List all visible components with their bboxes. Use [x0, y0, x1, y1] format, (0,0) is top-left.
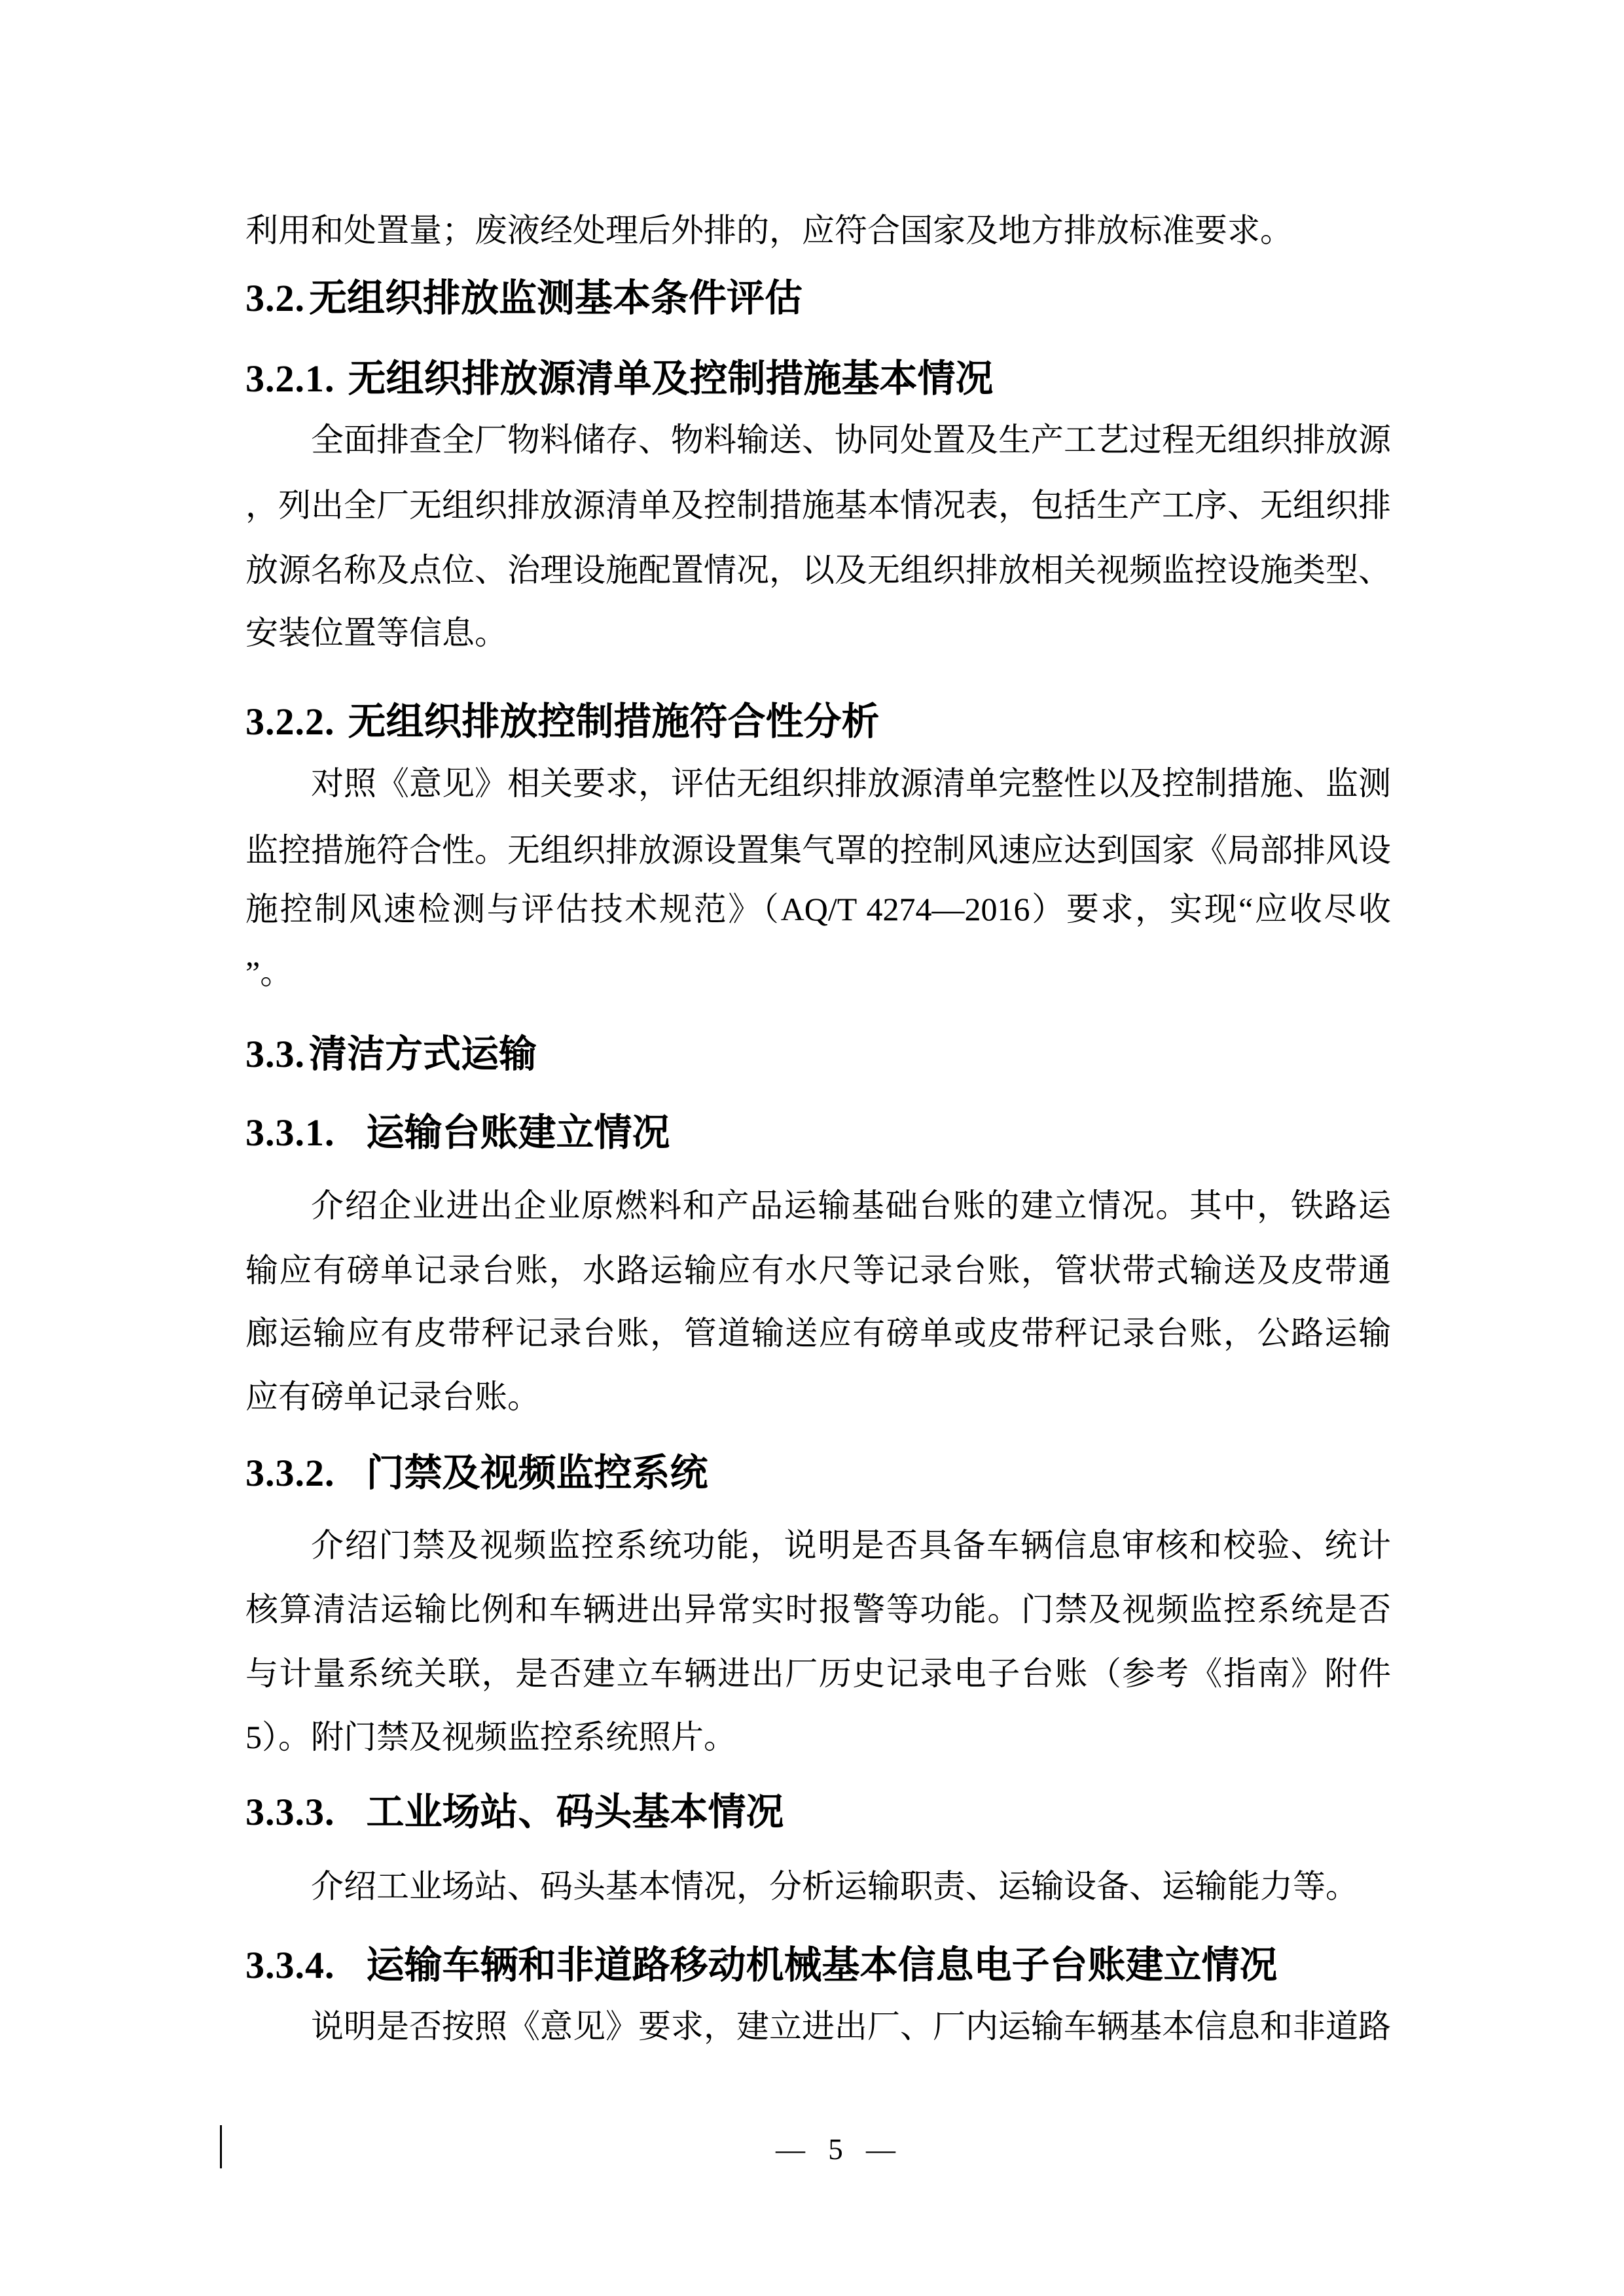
- paragraph-line: 对照《意见》相关要求，评估无组织排放源清单完整性以及控制措施、监测: [245, 762, 1391, 804]
- heading-number: 3.3.2.: [245, 1452, 335, 1494]
- paragraph-line: 输应有磅单记录台账，水路运输应有水尺等记录台账，管状带式输送及皮带通: [245, 1249, 1391, 1291]
- heading-title: 门禁及视频监控系统: [367, 1452, 708, 1494]
- heading-title: 运输车辆和非道路移动机械基本信息电子台账建立情况: [367, 1944, 1278, 1986]
- body-line: 利用和处置量；废液经处理后外排的，应符合国家及地方排放标准要求。: [245, 209, 1391, 251]
- paragraph-line: 施控制风速检测与评估技术规范》（AQ/T 4274—2016）要求，实现“应收尽…: [245, 888, 1391, 930]
- heading-3-2: 3.2.无组织排放监测基本条件评估: [245, 275, 1391, 322]
- paragraph-line: 廊运输应有皮带秤记录台账，管道输送应有磅单或皮带秤记录台账，公路运输: [245, 1312, 1391, 1354]
- heading-number: 3.3.4.: [245, 1944, 335, 1986]
- heading-title: 工业场站、码头基本情况: [367, 1791, 784, 1833]
- paragraph-line: 5）。附门禁及视频监控系统照片。: [245, 1716, 1391, 1758]
- paragraph-line: 说明是否按照《意见》要求，建立进出厂、厂内运输车辆基本信息和非道路: [245, 2005, 1391, 2047]
- paragraph-line: 应有磅单记录台账。: [245, 1376, 1391, 1418]
- paragraph-line: 放源名称及点位、治理设施配置情况，以及无组织排放相关视频监控设施类型、: [245, 549, 1391, 591]
- heading-title: 无组织排放源清单及控制措施基本情况: [348, 357, 994, 400]
- heading-3-3-4: 3.3.4.运输车辆和非道路移动机械基本信息电子台账建立情况: [245, 1942, 1391, 1989]
- heading-title: 无组织排放控制措施符合性分析: [348, 700, 880, 743]
- heading-number: 3.2.1.: [245, 357, 335, 400]
- paragraph-line: ，列出全厂无组织排放源清单及控制措施基本情况表，包括生产工序、无组织排: [245, 484, 1391, 526]
- footer-page-number: — 5 —: [776, 2132, 903, 2166]
- paragraph-line: 介绍工业场站、码头基本情况，分析运输职责、运输设备、运输能力等。: [245, 1865, 1391, 1907]
- paragraph-line: 监控措施符合性。无组织排放源设置集气罩的控制风速应达到国家《局部排风设: [245, 829, 1391, 871]
- paragraph-line: 安装位置等信息。: [245, 612, 1391, 654]
- paragraph-line: 核算清洁运输比例和车辆进出异常实时报警等功能。门禁及视频监控系统是否: [245, 1588, 1391, 1630]
- paragraph-line: 介绍企业进出企业原燃料和产品运输基础台账的建立情况。其中，铁路运: [245, 1185, 1391, 1227]
- heading-number: 3.2.: [245, 277, 305, 319]
- paragraph-line: 介绍门禁及视频监控系统功能，说明是否具备车辆信息审核和校验、统计: [245, 1524, 1391, 1566]
- margin-revision-bar: [220, 2125, 222, 2168]
- heading-3-2-1: 3.2.1.无组织排放源清单及控制措施基本情况: [245, 355, 1391, 403]
- heading-3-3: 3.3.清洁方式运输: [245, 1031, 1391, 1078]
- heading-3-3-1: 3.3.1.运输台账建立情况: [245, 1109, 1391, 1157]
- paragraph-line: 全面排查全厂物料储存、物料输送、协同处置及生产工艺过程无组织排放源: [245, 419, 1391, 461]
- heading-3-3-2: 3.3.2.门禁及视频监控系统: [245, 1450, 1391, 1497]
- document-page: 利用和处置量；废液经处理后外排的，应符合国家及地方排放标准要求。 3.2.无组织…: [0, 0, 1624, 2296]
- heading-number: 3.3.3.: [245, 1791, 335, 1833]
- heading-3-3-3: 3.3.3.工业场站、码头基本情况: [245, 1789, 1391, 1836]
- heading-title: 无组织排放监测基本条件评估: [309, 277, 803, 319]
- heading-title: 清洁方式运输: [309, 1033, 537, 1075]
- heading-3-2-2: 3.2.2.无组织排放控制措施符合性分析: [245, 698, 1391, 745]
- closing-quote-line: ”。: [245, 952, 1391, 994]
- heading-title: 运输台账建立情况: [367, 1111, 670, 1154]
- heading-number: 3.3.: [245, 1033, 305, 1075]
- heading-number: 3.2.2.: [245, 700, 335, 743]
- heading-number: 3.3.1.: [245, 1111, 335, 1154]
- paragraph-line: 与计量系统关联，是否建立车辆进出厂历史记录电子台账（参考《指南》附件: [245, 1653, 1391, 1695]
